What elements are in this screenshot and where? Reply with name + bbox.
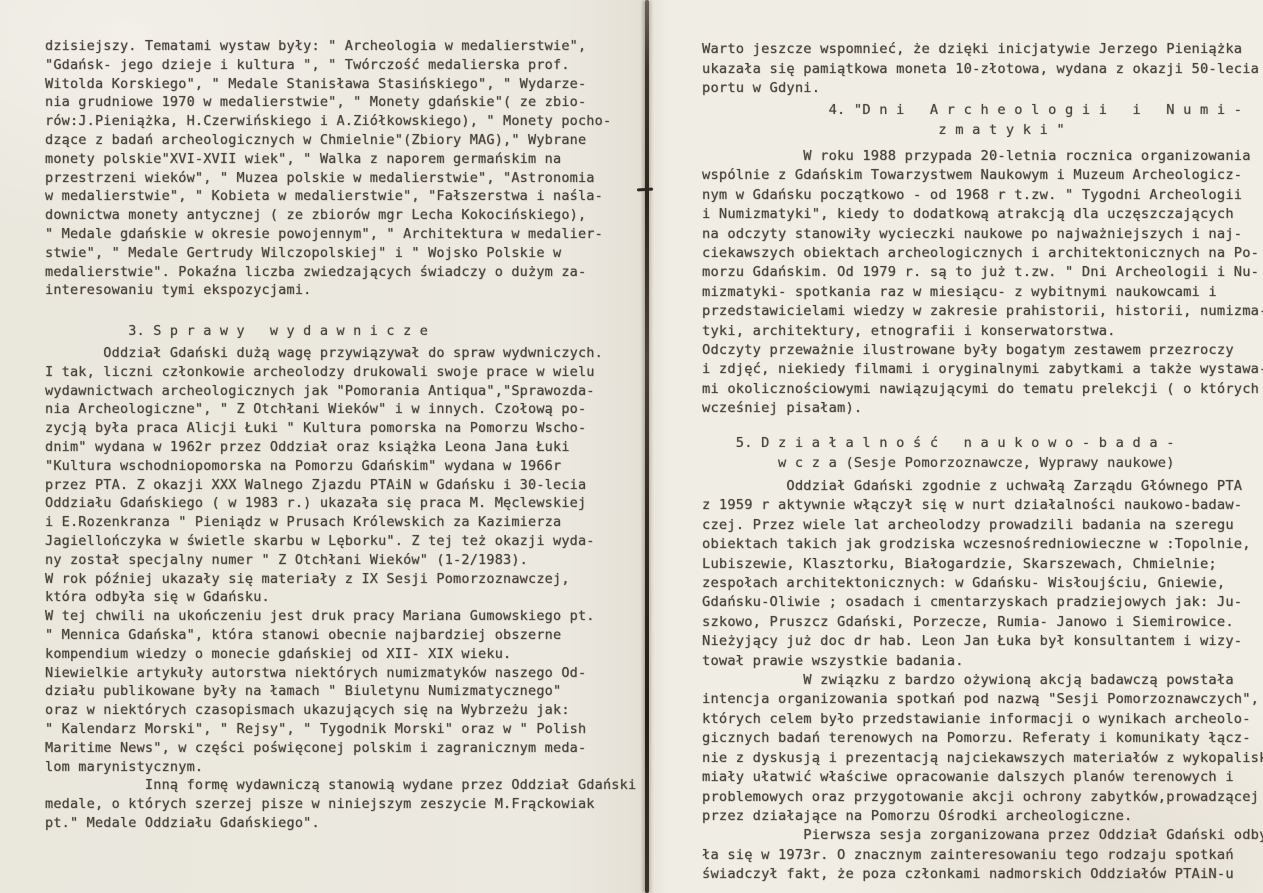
- text-line: Niewielkie artykuły autorstwa niektórych…: [45, 664, 645, 683]
- text-line: W związku z bardzo ożywioną akcją badawc…: [702, 671, 1260, 690]
- text-line: przez działające na Pomorzu Ośrodki arch…: [702, 807, 1260, 826]
- text-line: Odczyty przeważnie ilustrowane były boga…: [702, 341, 1260, 360]
- text-line: wcześniej pisałam).: [702, 399, 1260, 418]
- text-line: Nieżyjący już doc dr hab. Leon Jan Łuka …: [702, 632, 1260, 651]
- text-line: ukazała się pamiątkowa moneta 10-złotowa…: [702, 60, 1260, 80]
- text-line: W tej chwili na ukończeniu jest druk pra…: [45, 607, 645, 626]
- text-line: interesowaniu tymi ekspozycjami.: [45, 281, 645, 300]
- text-line: nia grudniowe 1970 w medalierstwie", " M…: [45, 93, 645, 112]
- text-line: przedstawicielami wiedzy w zakresie prah…: [702, 302, 1260, 321]
- text-line: kompendium wiedzy o monecie gdańskiej od…: [45, 645, 645, 664]
- text-line: Oddziału Gdańskiego ( w 1983 r.) ukazała…: [45, 494, 645, 513]
- text-line: Witolda Korskiego", " Medale Stanisława …: [45, 75, 645, 94]
- text-line: medalierstwie". Pokaźna liczba zwiedzają…: [45, 263, 645, 282]
- text-line: Inną formę wydawniczą stanowią wydane pr…: [45, 776, 645, 795]
- text-line: ny został specjalny numer " Z Otchłani W…: [45, 551, 645, 570]
- text-line: obiektach takich jak grodziska wczesnośr…: [702, 535, 1260, 554]
- text-line: Gdańsku-Oliwie ; osadach i cmentarzyskac…: [702, 593, 1260, 612]
- text-line: Oddział Gdański dużą wagę przywiązywał d…: [45, 344, 645, 363]
- text-line: Warto jeszcze wspomnieć, że dzięki inicj…: [702, 40, 1260, 60]
- text-line: czej. Przez wiele lat archeolodzy prowad…: [702, 516, 1260, 535]
- text-line: i zdjęć, niekiedy filmami i oryginalnymi…: [702, 360, 1260, 379]
- text-line: monety polskie"XVI-XVII wiek", " Walka z…: [45, 150, 645, 169]
- text-line: ciekawszych obiektach archeologicznych i…: [702, 244, 1260, 263]
- text-line: nia Archeologiczne", " Z Otchłani Wieków…: [45, 400, 645, 419]
- text-line: na odczyty stanowiły wycieczki naukowe p…: [702, 225, 1260, 244]
- text-line: "Kultura wschodniopomorska na Pomorzu Gd…: [45, 457, 645, 476]
- text-line: " Mennica Gdańska", która stanowi obecni…: [45, 626, 645, 645]
- text-line: i Numizmatyki", kiedy to dodatkową atrak…: [702, 205, 1260, 224]
- section-heading-4-dni-archeologii: 4. "D n i A r c h e o l o g i i i N u m …: [702, 100, 1260, 140]
- text-line: Oddział Gdański zgodnie z uchwałą Zarząd…: [702, 477, 1260, 496]
- text-line: tyki, architektury, etnografii i konserw…: [702, 322, 1260, 341]
- text-line: dnim" wydana w 1962r przez Oddział oraz …: [45, 438, 645, 457]
- text-line: miały ułatwić właściwe opracowanie dalsz…: [702, 768, 1260, 787]
- text-line: downictwa monety antycznej ( ze zbiorów …: [45, 206, 645, 225]
- heading-line: z m a t y k i ": [702, 120, 1260, 140]
- page-binding-seam: [645, 0, 649, 893]
- text-line: oraz w niektórych czasopismach ukazujący…: [45, 701, 645, 720]
- text-line: W rok później ukazały się materiały z IX…: [45, 570, 645, 589]
- binding-stitch-mark: [637, 188, 653, 192]
- text-line: Pierwsza sesja zorganizowana przez Oddzi…: [702, 826, 1260, 845]
- text-line: intencja organizowania spotkań pod nazwą…: [702, 690, 1260, 709]
- text-line: w medalierstwie", " Kobieta w medalierst…: [45, 187, 645, 206]
- paragraph-coin: Warto jeszcze wspomnieć, że dzięki inicj…: [702, 40, 1260, 99]
- text-line: rów:J.Pieniążka, H.Czerwińskiego i A.Zió…: [45, 112, 645, 131]
- text-line: dzące z badań archeologicznych w Chmieln…: [45, 131, 645, 150]
- text-line: lom marynistycznym.: [45, 758, 645, 777]
- paragraph-publishing: Oddział Gdański dużą wagę przywiązywał d…: [45, 344, 645, 833]
- text-line: nie z dyskusją i prezentacją najciekawsz…: [702, 749, 1260, 768]
- text-line: mizmatyki- spotkania raz w miesiącu- z w…: [702, 283, 1260, 302]
- text-line: Jagiellończyka w świetle skarbu w Lębork…: [45, 532, 645, 551]
- text-line: tował prawie wszystkie badania.: [702, 652, 1260, 671]
- text-line: wspólnie z Gdańskim Towarzystwem Naukowy…: [702, 166, 1260, 185]
- heading-line: w c z a (Sesje Pomorzoznawcze, Wyprawy n…: [702, 453, 1260, 473]
- text-line: wydawnictwach archeologicznych jak "Pomo…: [45, 382, 645, 401]
- text-line: ła się w 1973r. O znacznym zainteresowan…: [702, 846, 1260, 865]
- text-line: I tak, liczni członkowie archeolodzy dru…: [45, 363, 645, 382]
- text-line: zycją była praca Alicji Łuki " Kultura p…: [45, 419, 645, 438]
- text-line: zespołach architektonicznych: w Gdańsku-…: [702, 574, 1260, 593]
- text-line: " Kalendarz Morski", " Rejsy", " Tygodni…: [45, 720, 645, 739]
- text-line: działu publikowane były na łamach " Biul…: [45, 682, 645, 701]
- section-heading-5-dzialalnosc-naukowa: 5. D z i a ł a l n o ś ć n a u k o w o -…: [702, 433, 1260, 473]
- text-line: z 1959 r aktywnie włączył się w nurt dzi…: [702, 496, 1260, 515]
- section-heading-3-sprawy-wydawnicze: 3. S p r a w y w y d a w n i c z e: [45, 322, 645, 341]
- text-line: gicznych badań terenowych na Pomorzu. Re…: [702, 729, 1260, 748]
- text-line: stwie", " Medale Gertrudy Wilczopolskiej…: [45, 244, 645, 263]
- text-line: medale, o których szerzej pisze w niniej…: [45, 795, 645, 814]
- text-line: mi okolicznościowymi nawiązującymi do te…: [702, 380, 1260, 399]
- heading-line: 4. "D n i A r c h e o l o g i i i N u m …: [702, 100, 1260, 120]
- scanned-document-spread: dzisiejszy. Tematami wystaw były: " Arch…: [0, 0, 1263, 893]
- text-line: Lubiszewie, Klasztorku, Białogardzie, Sk…: [702, 555, 1260, 574]
- text-line: problemowych oraz przygotowanie akcji oc…: [702, 788, 1260, 807]
- paragraph-exhibitions: dzisiejszy. Tematami wystaw były: " Arch…: [45, 37, 645, 300]
- text-line: morzu Gdańskim. Od 1979 r. są to już t.z…: [702, 263, 1260, 282]
- text-line: " Medale gdańskie w okresie powojennym",…: [45, 225, 645, 244]
- text-line: Maritime News", w części poświęconej pol…: [45, 739, 645, 758]
- text-line: która odbyła się w Gdańsku.: [45, 588, 645, 607]
- text-line: "Gdańsk- jego dzieje i kultura ", " Twór…: [45, 56, 645, 75]
- text-line: szkowo, Pruszcz Gdański, Porzecze, Rumia…: [702, 613, 1260, 632]
- heading-line: 3. S p r a w y w y d a w n i c z e: [45, 322, 645, 341]
- text-line: W roku 1988 przypada 20-letnia rocznica …: [702, 147, 1260, 166]
- page-right: Warto jeszcze wspomnieć, że dzięki inicj…: [702, 0, 1260, 893]
- heading-line: 5. D z i a ł a l n o ś ć n a u k o w o -…: [702, 433, 1260, 453]
- paragraph-research-activity: Oddział Gdański zgodnie z uchwałą Zarząd…: [702, 477, 1260, 885]
- text-line: nym w Gdańsku początkowo - od 1968 r t.z…: [702, 186, 1260, 205]
- text-line: przez PTA. Z okazji XXX Walnego Zjazdu P…: [45, 476, 645, 495]
- text-line: i E.Rozenkranza " Pieniądz w Prusach Kró…: [45, 513, 645, 532]
- text-line: których celem było przedstawianie inform…: [702, 710, 1260, 729]
- text-line: portu w Gdyni.: [702, 79, 1260, 99]
- text-line: dzisiejszy. Tematami wystaw były: " Arch…: [45, 37, 645, 56]
- text-line: świadczył fakt, że poza członkami nadmor…: [702, 865, 1260, 884]
- paragraph-dni-archeologii: W roku 1988 przypada 20-letnia rocznica …: [702, 147, 1260, 419]
- text-line: przestrzeni wieków", " Muzea polskie w m…: [45, 169, 645, 188]
- text-line: pt." Medale Oddziału Gdańskiego".: [45, 814, 645, 833]
- page-left: dzisiejszy. Tematami wystaw były: " Arch…: [45, 0, 645, 893]
